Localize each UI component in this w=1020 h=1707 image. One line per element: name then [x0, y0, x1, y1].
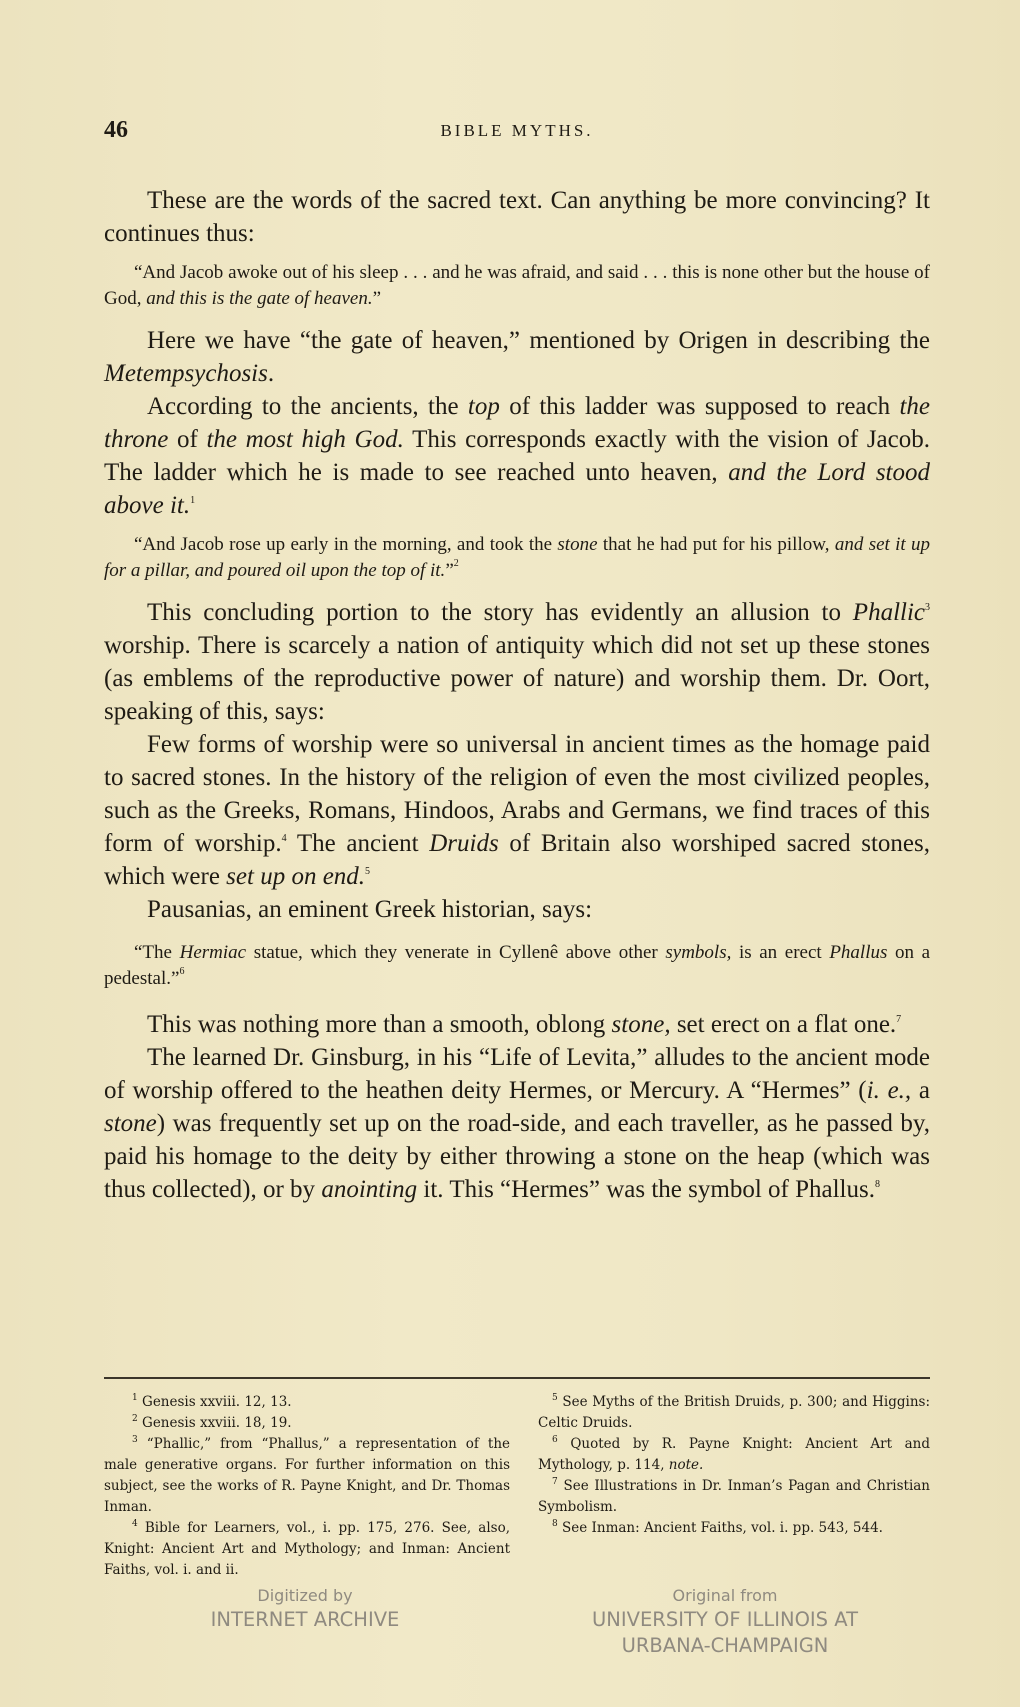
- footnote-ref-8[interactable]: 8: [875, 1179, 880, 1190]
- italic-term: i. e.,: [867, 1077, 912, 1104]
- footnote-7: 7 See Illustrations in Dr. Inman’s Pagan…: [538, 1476, 930, 1518]
- italic-term: the most high God.: [206, 426, 403, 453]
- paragraph-text: This was nothing more than a smooth, obl…: [147, 1011, 605, 1038]
- footnote-number: 5: [552, 1393, 558, 1403]
- quote-text: is an erect: [739, 942, 822, 963]
- italic-term: anointing: [321, 1176, 417, 1203]
- paragraph-3: According to the ancients, the top of th…: [104, 390, 930, 522]
- paragraph-8: The learned Dr. Ginsburg, in his “Life o…: [104, 1041, 930, 1206]
- footnotes: 1 Genesis xxviii. 12, 13. 2 Genesis xxvi…: [118, 1392, 930, 1581]
- running-head: 46 BIBLE MYTHS.: [104, 117, 930, 147]
- footnote-3: 3 “Phallic,” from “Phallus,” a represent…: [104, 1434, 510, 1518]
- paragraph-text: Here we have “the gate of heaven,” menti…: [147, 327, 930, 354]
- book-page: 46 BIBLE MYTHS. These are the words of t…: [0, 0, 1020, 1707]
- paragraph-text: it. This “Hermes” was the symbol of Phal…: [423, 1176, 875, 1203]
- footnote-text: See Myths of the British Druids, p. 300;…: [538, 1394, 930, 1431]
- paragraph-text: This concluding portion to the story has…: [147, 599, 841, 626]
- paragraph-text: According to the ancients, the: [147, 393, 459, 420]
- italic-term: Phallic: [853, 599, 925, 626]
- quote-close: ”: [445, 560, 453, 581]
- footnote-separator: [104, 1377, 930, 1379]
- paragraph-4: This concluding portion to the story has…: [104, 596, 930, 728]
- punctuation: .: [268, 360, 274, 387]
- footnote-number: 4: [132, 1519, 138, 1529]
- footnote-number: 7: [552, 1477, 558, 1487]
- paragraph-text: The learned Dr. Ginsburg, in his “Life o…: [104, 1044, 930, 1104]
- quote-italic: Phallus: [829, 942, 887, 963]
- italic-term: stone,: [612, 1011, 671, 1038]
- block-quote-1: “And Jacob awoke out of his sleep . . . …: [104, 260, 930, 312]
- paragraph-6: Pausanias, an eminent Greek historian, s…: [104, 893, 930, 926]
- italic-term: set up on end.: [226, 863, 365, 890]
- body-text: These are the words of the sacred text. …: [104, 184, 930, 1206]
- original-from-watermark: Original from UNIVERSITY OF ILLINOIS AT …: [580, 1585, 870, 1659]
- footnote-number: 1: [132, 1393, 138, 1403]
- watermark-source: UNIVERSITY OF ILLINOIS AT: [580, 1607, 870, 1633]
- italic-term: stone: [104, 1110, 157, 1137]
- footnote-ref-7[interactable]: 7: [896, 1014, 901, 1025]
- quote-text: statue, which they venerate in Cyllenê a…: [254, 942, 658, 963]
- footnote-1: 1 Genesis xxviii. 12, 13.: [118, 1392, 510, 1413]
- footnote-ref-3[interactable]: 3: [925, 602, 930, 613]
- watermark-source-line2: URBANA-CHAMPAIGN: [580, 1633, 870, 1659]
- footnote-8: 8 See Inman: Ancient Faiths, vol. i. pp.…: [538, 1518, 930, 1539]
- quote-italic: and this is the gate of heaven.: [146, 288, 372, 309]
- quote-close: ”: [373, 288, 381, 309]
- footnotes-right-column: 5 See Myths of the British Druids, p. 30…: [538, 1392, 930, 1581]
- quote-italic: symbols,: [665, 942, 731, 963]
- digitized-by-watermark: Digitized by INTERNET ARCHIVE: [200, 1585, 410, 1633]
- italic-term: top: [468, 393, 500, 420]
- footnote-text: Quoted by R. Payne Knight: Ancient Art a…: [538, 1436, 930, 1473]
- footnote-2: 2 Genesis xxviii. 18, 19.: [118, 1413, 510, 1434]
- footnote-text: Genesis xxviii. 12, 13.: [142, 1394, 292, 1410]
- italic-term: Druids: [429, 830, 498, 857]
- paragraph-1: These are the words of the sacred text. …: [104, 184, 930, 250]
- running-title: BIBLE MYTHS.: [104, 121, 930, 141]
- paragraph-text: worship. There is scarcely a nation of a…: [104, 632, 930, 725]
- footnote-text: See Inman: Ancient Faiths, vol. i. pp. 5…: [562, 1520, 883, 1536]
- footnote-4: 4 Bible for Learners, vol., i. pp. 175, …: [104, 1518, 510, 1581]
- paragraph-text: The ancient: [297, 830, 419, 857]
- footnotes-left-column: 1 Genesis xxviii. 12, 13. 2 Genesis xxvi…: [118, 1392, 510, 1581]
- footnote-text: See Illustrations in Dr. Inman’s Pagan a…: [538, 1478, 930, 1515]
- footnote-number: 8: [552, 1519, 558, 1529]
- block-quote-2: “And Jacob rose up early in the morning,…: [104, 532, 930, 584]
- quote-text: “And Jacob rose up early in the morning,…: [134, 534, 552, 555]
- paragraph-text: of this ladder was supposed to reach: [509, 393, 890, 420]
- footnote-number: 3: [132, 1435, 138, 1445]
- footnote-text: “Phallic,” from “Phallus,” a representat…: [104, 1436, 510, 1515]
- paragraph-5: Few forms of worship were so universal i…: [104, 728, 930, 893]
- footnote-5: 5 See Myths of the British Druids, p. 30…: [538, 1392, 930, 1434]
- watermark-label: Digitized by: [200, 1585, 410, 1607]
- paragraph-text: set erect on a flat one.: [677, 1011, 896, 1038]
- quote-italic: stone: [557, 534, 597, 555]
- footnote-italic: note.: [669, 1457, 704, 1473]
- paragraph-2: Here we have “the gate of heaven,” menti…: [104, 324, 930, 390]
- footnote-number: 6: [552, 1435, 558, 1445]
- paragraph-7: This was nothing more than a smooth, obl…: [104, 1008, 930, 1041]
- footnote-ref-4[interactable]: 4: [282, 833, 287, 844]
- footnote-6: 6 Quoted by R. Payne Knight: Ancient Art…: [538, 1434, 930, 1476]
- paragraph-text: These are the words of the sacred text. …: [104, 187, 930, 247]
- paragraph-text: Pausanias, an eminent Greek historian, s…: [147, 896, 592, 923]
- quote-text: “The: [134, 942, 172, 963]
- footnote-ref-1[interactable]: 1: [190, 495, 195, 506]
- footnote-ref-6[interactable]: 6: [179, 966, 184, 977]
- paragraph-text: a: [919, 1077, 930, 1104]
- footnote-text: Bible for Learners, vol., i. pp. 175, 27…: [104, 1520, 510, 1578]
- block-quote-3: “The Hermiac statue, which they venerate…: [104, 940, 930, 992]
- watermark-label: Original from: [580, 1585, 870, 1607]
- footnote-ref-5[interactable]: 5: [365, 866, 370, 877]
- quote-italic: Hermiac: [180, 942, 246, 963]
- paragraph-text: of: [177, 426, 198, 453]
- footnote-ref-2[interactable]: 2: [454, 558, 459, 569]
- italic-term: Metempsychosis: [104, 360, 268, 387]
- quote-text: that he had put for his pillow,: [603, 534, 830, 555]
- footnote-text: Genesis xxviii. 18, 19.: [142, 1415, 292, 1431]
- watermark-source: INTERNET ARCHIVE: [200, 1607, 410, 1633]
- footnote-number: 2: [132, 1414, 138, 1424]
